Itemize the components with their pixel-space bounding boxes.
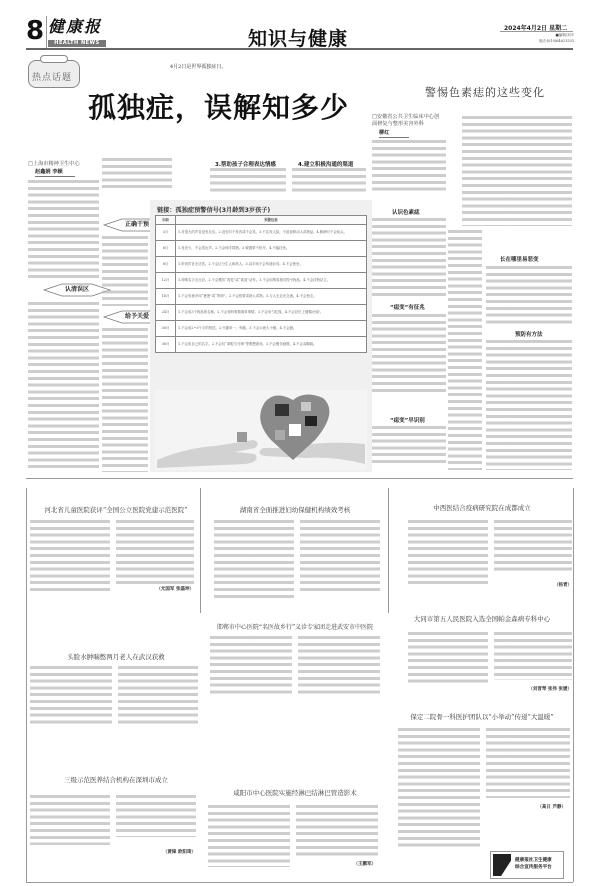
signs-cell: 1.听到声音无应答。2.不会区分生人和熟人。3.双手间不会传递玩具。4.不会独坐…	[176, 257, 367, 273]
section3-title: 3.帮助孩子合理表达情感	[215, 160, 276, 168]
text-block	[292, 168, 366, 194]
news-text	[116, 520, 194, 584]
news-byline: （尤国军 张磊坤）	[116, 586, 194, 592]
news-headline: 大同市第五人民医院入选全国帕金森病专科中心	[392, 614, 572, 623]
news-text	[208, 805, 290, 867]
side-headline: 警惕色素痣的这些变化	[425, 84, 545, 100]
text-block	[486, 728, 570, 798]
side-subhead-signs: “痣变”有征兆	[390, 303, 425, 311]
text-block	[102, 236, 148, 306]
side-intro-text	[372, 140, 446, 193]
text-block	[210, 636, 292, 696]
text-block	[372, 314, 446, 394]
news-text	[214, 520, 294, 600]
table-row: 3月1.对很大的声音没有反应。2.逗引时不发音或不会笑。3.不注视人脸，不追视移…	[156, 225, 367, 241]
age-cell: 6月	[156, 241, 176, 257]
news-headline: 咸阳市中心医院实施经淋巴结淋巴管造影术	[200, 788, 390, 797]
text-block	[372, 426, 446, 466]
masthead-rule	[26, 48, 573, 50]
text-block	[214, 520, 294, 600]
section-title: 知识与健康	[248, 24, 348, 51]
section4-title: 4.建立积极沟通的渠道	[298, 160, 353, 168]
news-text	[118, 666, 198, 726]
news-text	[210, 636, 292, 696]
text-block	[372, 140, 446, 193]
news-text	[30, 520, 110, 592]
warning-table-title: 链接：孤独症预警信号(3月龄到3岁孩子)	[157, 205, 270, 214]
text-block	[408, 632, 488, 684]
side-author-org: □安徽省公共卫生临床中心创面修复与整形美容外科	[372, 114, 442, 128]
age-cell: 8月	[156, 257, 176, 273]
text-block	[30, 795, 110, 845]
editor-line: ■编辑/刘平	[524, 33, 574, 38]
signs-cell: 1.不会说3个物品的名称。2.不会按吩咐做简单事情。3.不会用勺吃饭。4.不会扶…	[176, 305, 367, 321]
news-headline: 三级示范医养结合机构在深圳市成立	[36, 775, 196, 784]
text-block	[300, 520, 380, 592]
side-subhead-prevent: 预防有方法	[515, 330, 543, 338]
age-cell: 30月	[156, 321, 176, 337]
platform-ad-line2: 综合宣传服务平台	[515, 864, 552, 871]
news-byline: （高日 芦静）	[486, 804, 566, 810]
text-block	[30, 666, 112, 726]
nevus-types-text	[372, 218, 446, 298]
text-block	[28, 302, 99, 472]
date-underline	[500, 31, 573, 32]
text-block	[116, 795, 196, 837]
text-block	[462, 116, 572, 226]
side-subhead-location: 长在哪里易恶变	[500, 255, 539, 263]
prevention-text	[486, 340, 572, 470]
puzzle-heart-illustration	[155, 390, 367, 470]
header-signs: 预警征象	[176, 216, 367, 225]
news-text	[486, 728, 570, 798]
signs-text	[372, 314, 446, 394]
column-divider	[388, 488, 389, 613]
news-text	[30, 795, 110, 845]
news-byline: （王鹏军）	[296, 861, 376, 867]
frame-right	[573, 488, 574, 882]
side-col-text	[448, 230, 482, 470]
text-block	[398, 728, 480, 848]
news-headline: 河北省儿童医院获评“全国公立医院党建示范医院”	[36, 505, 196, 514]
text-block	[494, 520, 572, 572]
news-text	[408, 520, 488, 586]
signs-cell: 1.不会有意识叫“爸爸”或“妈妈”。2.不会按要求指人或物。3.与人无目光交流。…	[176, 289, 367, 305]
signs-cell: 1.发音少，不会笑出声。2.不会伸手抓物。3.紧握拳不松开。4.不能扶坐。	[176, 241, 367, 257]
age-cell: 18月	[156, 289, 176, 305]
age-cell: 12月	[156, 273, 176, 289]
page-number: 8	[26, 16, 44, 46]
age-cell: 3月	[156, 225, 176, 241]
side-subhead-know: 认识色素痣	[392, 208, 420, 216]
text-block	[102, 158, 172, 192]
main-article-col1-text	[28, 180, 99, 280]
author-names: 赵鑫娟 李颖	[35, 168, 75, 177]
age-cell: 24月	[156, 305, 176, 321]
news-headline: 湖南省全面推进妇幼保健机构绩效考核	[200, 505, 390, 514]
warning-signs-table: 年龄 预警征象 3月1.对很大的声音没有反应。2.逗引时不发音或不会笑。3.不注…	[155, 215, 367, 353]
section3-text	[210, 168, 286, 194]
news-text	[298, 636, 380, 696]
header-age: 年龄	[156, 216, 176, 225]
masthead-divider	[46, 16, 47, 48]
news-byline: （刘晋琴 张伟 张媛）	[494, 686, 572, 692]
text-block	[298, 636, 380, 696]
table-row: 12月1.呼唤名字无反应。2.不会模仿“再见”或“欢迎”动作。3.不会用拇食指对…	[156, 273, 367, 289]
identify-text	[372, 426, 446, 466]
paper-logo-en: HEALTH NEWS	[48, 40, 106, 47]
signs-cell: 1.不会说自己的名字。2.不会玩“拿棍当马骑”等假想游戏。3.不会模仿画圆。4.…	[176, 337, 367, 353]
hot-topic-label: 热点话题	[32, 70, 72, 83]
paper-logo: 健康报	[48, 14, 102, 37]
news-headline: 头脸水肿喘憋两月老人在武汉获救	[36, 652, 196, 661]
table-row: 36月1.不会说自己的名字。2.不会玩“拿棍当马骑”等假想游戏。3.不会模仿画圆…	[156, 337, 367, 353]
news-text	[408, 632, 488, 684]
frame-bottom	[26, 882, 573, 883]
side-author: 柳红	[379, 129, 409, 138]
badge-cap	[40, 55, 68, 63]
frame-left	[26, 488, 27, 882]
text-block	[30, 520, 110, 592]
text-block	[116, 520, 194, 584]
text-block	[448, 230, 482, 470]
news-headline: 保定二院骨一科医护团队以“小举动”传递“大温暖”	[392, 712, 572, 721]
main-headline: 孤独症，误解知多少	[88, 86, 349, 126]
table-row: 8月1.听到声音无应答。2.不会区分生人和熟人。3.双手间不会传递玩具。4.不会…	[156, 257, 367, 273]
misconceptions-text	[28, 302, 99, 472]
care-text	[102, 328, 148, 472]
author-org: □上海市精神卫生中心	[28, 160, 80, 167]
text-block	[118, 666, 198, 726]
table-row: 18月1.不会有意识叫“爸爸”或“妈妈”。2.不会按要求指人或物。3.与人无目光…	[156, 289, 367, 305]
signs-cell: 1.呼唤名字无反应。2.不会模仿“再见”或“欢迎”动作。3.不会用拇食指对捏小物…	[176, 273, 367, 289]
signs-cell: 1.不会说2~3个字的短语。2.兴趣单一、刻板。3.不会示意大小便。4.不会跑。	[176, 321, 367, 337]
main-article-col2-text	[102, 158, 172, 192]
text-block	[486, 340, 572, 470]
side-subhead-identify: “痣变”早识别	[390, 416, 425, 424]
table-row: 30月1.不会说2~3个字的短语。2.兴趣单一、刻板。3.不会示意大小便。4.不…	[156, 321, 367, 337]
intervention-text	[102, 236, 148, 306]
text-block	[210, 168, 286, 194]
age-cell: 36月	[156, 337, 176, 353]
table-row: 24月1.不会说3个物品的名称。2.不会按吩咐做简单事情。3.不会用勺吃饭。4.…	[156, 305, 367, 321]
news-headline: 邯郸市中心医院“名医故乡行”义诊专家团走进武安市中医院	[200, 622, 390, 631]
news-text	[30, 666, 112, 726]
text-block	[494, 632, 572, 680]
table-row: 6月1.发音少，不会笑出声。2.不会伸手抓物。3.紧握拳不松开。4.不能扶坐。	[156, 241, 367, 257]
news-text	[300, 520, 380, 592]
text-block	[296, 805, 378, 859]
news-text	[494, 632, 572, 680]
section-divider	[26, 478, 573, 479]
text-block	[486, 266, 572, 326]
section4-text	[292, 168, 366, 194]
abcde-text	[462, 116, 572, 226]
news-text	[116, 795, 196, 837]
table-header-row: 年龄 预警征象	[156, 216, 367, 225]
news-text	[398, 728, 480, 848]
text-block	[28, 180, 99, 280]
news-text	[296, 805, 378, 859]
news-text	[494, 520, 572, 572]
news-byline: （黄锋 欧阳琦）	[116, 849, 196, 855]
news-headline: 中西医结合疫病研究院在成都成立	[392, 503, 572, 512]
signs-cell: 1.对很大的声音没有反应。2.逗引时不发音或不会笑。3.不注视人脸，不追视移动人…	[176, 225, 367, 241]
platform-ad-line1: 健康报社卫生健康	[515, 857, 552, 864]
location-text	[486, 266, 572, 326]
news-byline: （杨青）	[494, 582, 572, 588]
phone-line: 电话:(010)64621533	[524, 39, 574, 44]
text-block	[408, 520, 488, 586]
text-block	[372, 218, 446, 298]
text-block	[208, 805, 290, 867]
article-intro: 4月2日是世界孤独症日。	[170, 63, 226, 70]
text-block	[102, 328, 148, 472]
